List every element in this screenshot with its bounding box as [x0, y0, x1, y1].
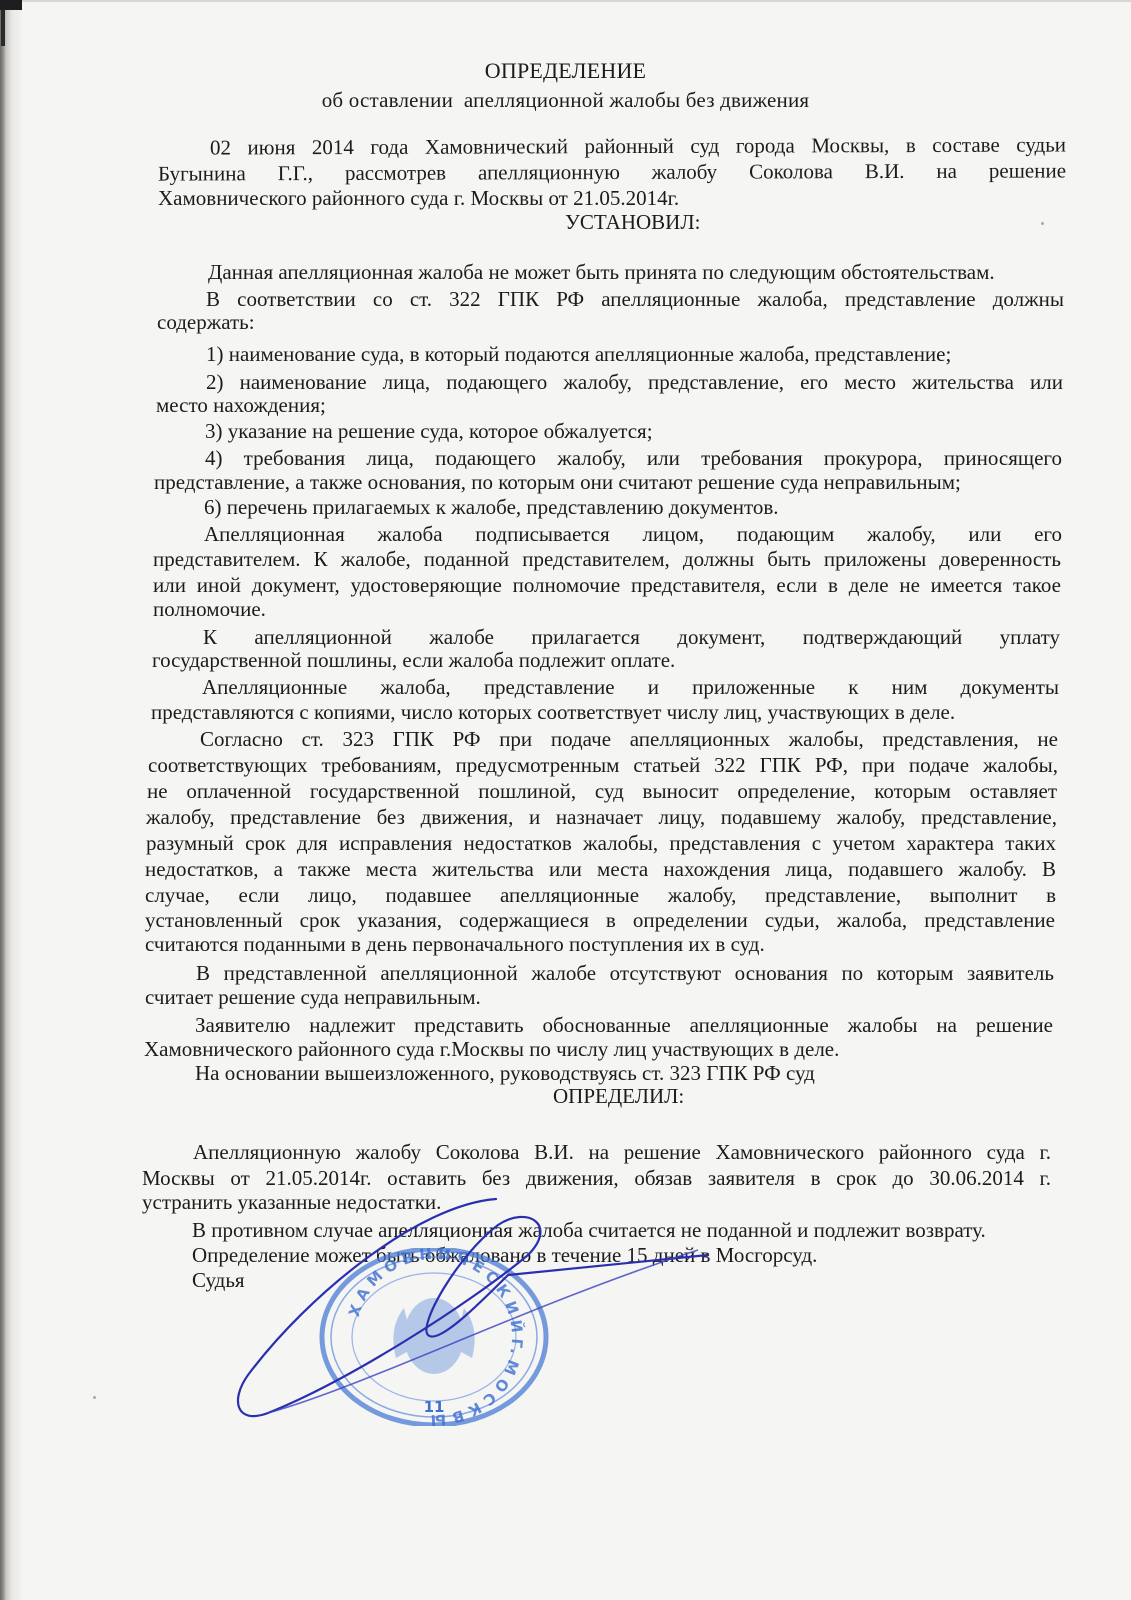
body-line: В соответствии со ст. 322 ГПК РФ апелляц…: [206, 287, 1064, 311]
list-item-4-cont: представление, а также основания, по кот…: [154, 470, 961, 494]
ruling-line: Апелляционную жалобу Соколова В.И. на ре…: [193, 1140, 1051, 1164]
body-line: содержать:: [157, 310, 255, 334]
body-line: В представленной апелляционной жалобе от…: [196, 961, 1054, 985]
body-line: К апелляционной жалобе прилагается докум…: [203, 625, 1060, 649]
body-line: соответствующих требованиям, предусмотре…: [148, 753, 1058, 777]
body-line: не оплаченной государственной пошлиной, …: [147, 779, 1057, 803]
body-line: Апелляционная жалоба подписывается лицом…: [204, 522, 1062, 546]
body-line: установленный срок указания, содержащиес…: [145, 908, 1055, 932]
intro-line-1: 02 июня 2014 года Хамовнический районный…: [210, 133, 1066, 160]
body-line: полномочие.: [153, 597, 266, 621]
body-line: На основании вышеизложенного, руководств…: [195, 1061, 815, 1085]
list-item-2: 2) наименование лица, подающего жалобу, …: [206, 370, 1063, 394]
intro-line-3: Хамовнического районного суда г. Москвы …: [158, 186, 679, 210]
document-title: ОПРЕДЕЛЕНИЕ: [0, 58, 1131, 84]
scan-edge-shadow: [0, 0, 22, 1600]
intro-line-2: Бугынина Г.Г., рассмотрев апелляционную …: [158, 158, 1066, 185]
established-heading: УСТАНОВИЛ:: [565, 210, 700, 235]
body-line: Согласно ст. 323 ГПК РФ при подаче апелл…: [200, 727, 1058, 751]
body-line: Хамовнического районного суда г.Москвы п…: [144, 1037, 839, 1061]
list-item-3: 3) указание на решение суда, которое обж…: [205, 419, 653, 443]
body-line: недостатков, а также места жительства ил…: [145, 857, 1056, 881]
body-line: или иной документ, удостоверяющие полном…: [153, 573, 1061, 597]
document-subtitle: об оставлении апелляционной жалобы без д…: [0, 88, 1131, 113]
body-line: считает решение суда неправильным.: [145, 985, 481, 1009]
body-line: случае, если лицо, подавшее апелляционны…: [145, 883, 1056, 907]
body-line: разумный срок для исправления недостатко…: [146, 831, 1056, 855]
body-line: представляются с копиями, число которых …: [151, 700, 955, 724]
scan-speck: [93, 1396, 96, 1399]
scan-speck: [1041, 222, 1044, 225]
signature-icon: [228, 1185, 748, 1425]
ruled-heading: ОПРЕДЕЛИЛ:: [553, 1084, 684, 1109]
list-item-6: 6) перечень прилагаемых к жалобе, предст…: [204, 495, 779, 519]
scan-edge-mark: [1, 10, 5, 46]
scan-edge-corner: [0, 0, 22, 10]
body-line: Данная апелляционная жалоба не может быт…: [208, 260, 995, 284]
list-item-2-cont: место нахождения;: [156, 393, 326, 417]
body-line: Заявителю надлежит представить обоснован…: [195, 1013, 1053, 1037]
body-line: представителем. К жалобе, поданной предс…: [153, 547, 1061, 571]
list-item-4: 4) требования лица, подающего жалобу, ил…: [205, 446, 1062, 470]
body-line: считаются поданными в день первоначально…: [145, 932, 765, 956]
body-line: Апелляционные жалоба, представление и пр…: [202, 675, 1059, 699]
list-item-1: 1) наименование суда, в который подаются…: [206, 342, 951, 366]
body-line: государственной пошлины, если жалоба под…: [152, 648, 675, 672]
body-line: жалобу, представление без движения, и на…: [146, 805, 1057, 829]
